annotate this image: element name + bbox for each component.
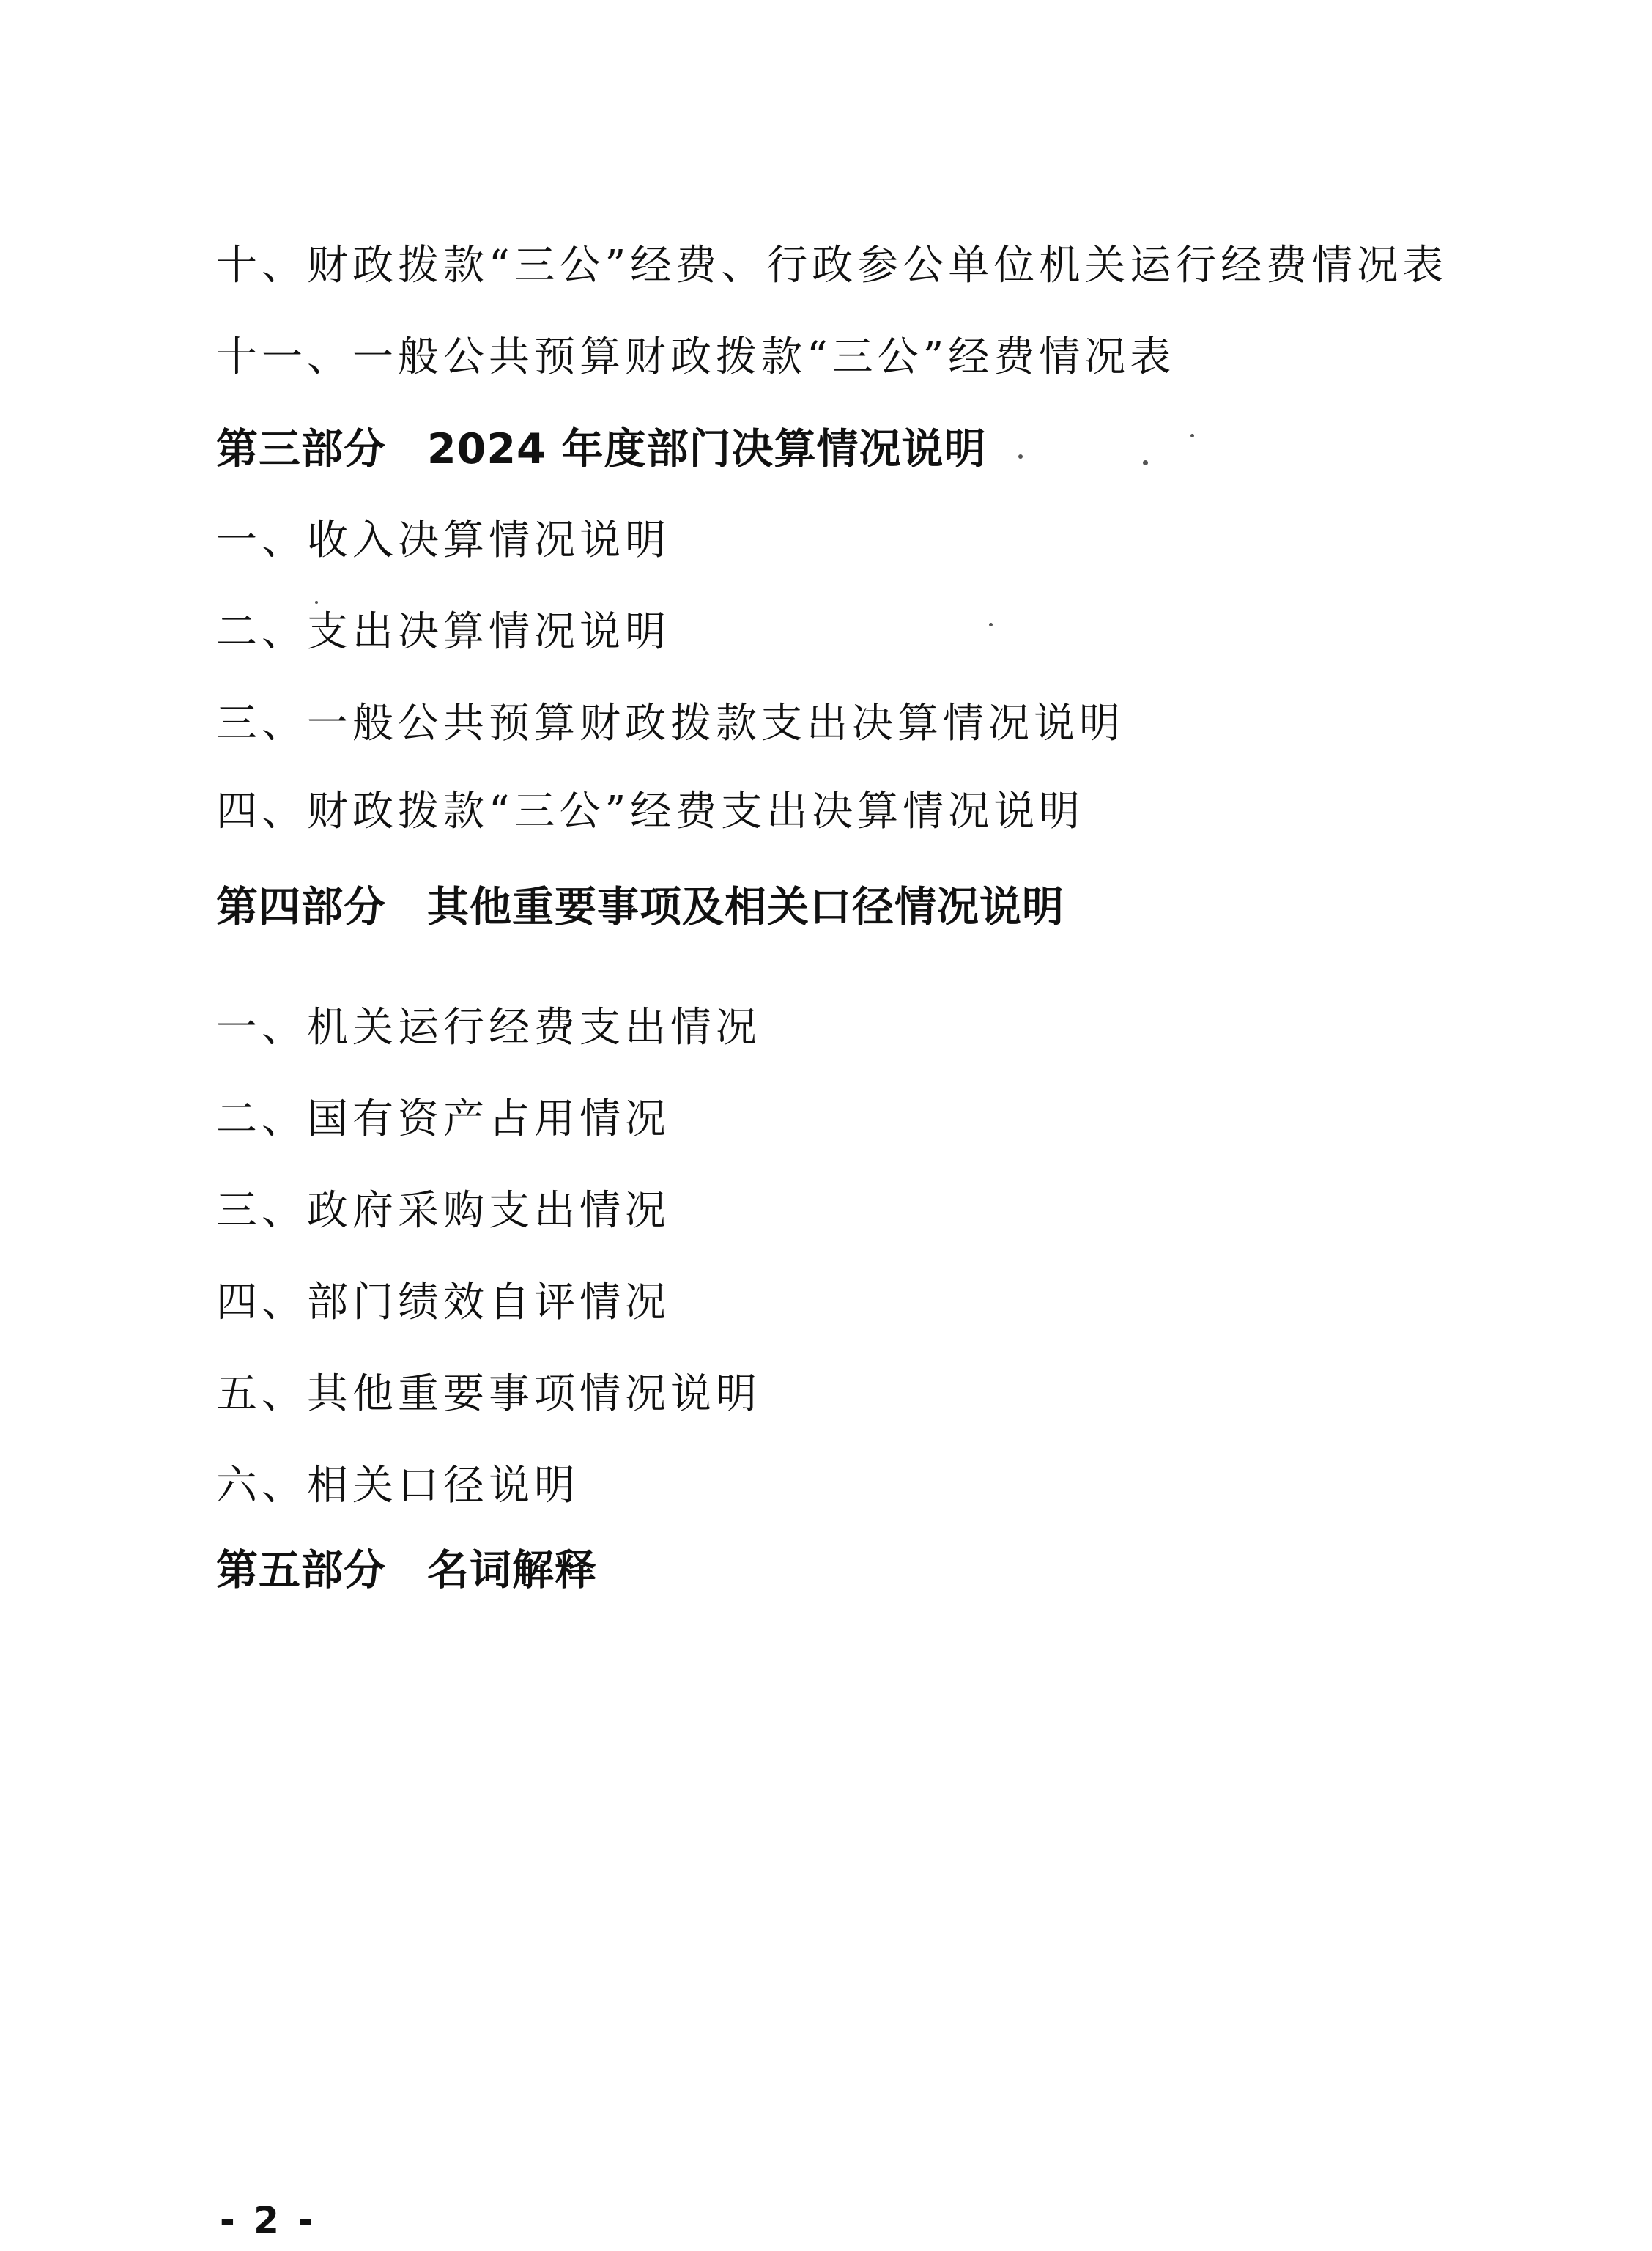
section-title: 其他重要事项及相关口径情况说明 [427,883,1064,931]
scan-speck [1018,454,1023,459]
toc-item-procurement: 三、政府采购支出情况 [216,1186,670,1237]
toc-item-general-budget: 三、一般公共预算财政拨款支出决算情况说明 [216,698,1125,750]
section-title: 2024 年度部门决算情况说明 [427,425,987,473]
toc-item-performance: 四、部门绩效自评情况 [216,1277,670,1328]
page-number: - 2 - [220,2198,316,2242]
section-heading-part-4: 第四部分其他重要事项及相关口径情况说明 [216,881,1064,933]
toc-item-expenditure: 二、支出决算情况说明 [216,607,670,658]
section-part-label: 第五部分 [216,1546,386,1594]
section-heading-part-5: 第五部分名词解释 [216,1545,597,1596]
toc-item-table-10: 十、财政拨款“三公”经费、行政参公单位机关运行经费情况表 [216,240,1448,292]
section-title: 名词解释 [427,1546,597,1594]
toc-item-other-matters: 五、其他重要事项情况说明 [216,1369,761,1420]
section-heading-part-3: 第三部分2024 年度部门决算情况说明 [216,424,987,475]
toc-item-definitions: 六、相关口径说明 [216,1460,579,1512]
section-part-label: 第三部分 [216,425,386,473]
toc-item-three-public: 四、财政拨款“三公”经费支出决算情况说明 [216,786,1084,838]
toc-item-income: 一、收入决算情况说明 [216,515,670,566]
section-part-label: 第四部分 [216,883,386,931]
scan-speck [1190,434,1194,437]
scan-speck [1143,460,1148,465]
toc-item-state-assets: 二、国有资产占用情况 [216,1094,670,1145]
scan-speck [315,601,318,604]
toc-item-operating-costs: 一、机关运行经费支出情况 [216,1002,761,1054]
scan-speck [989,623,993,626]
toc-item-table-11: 十一、一般公共预算财政拨款“三公”经费情况表 [216,332,1175,383]
